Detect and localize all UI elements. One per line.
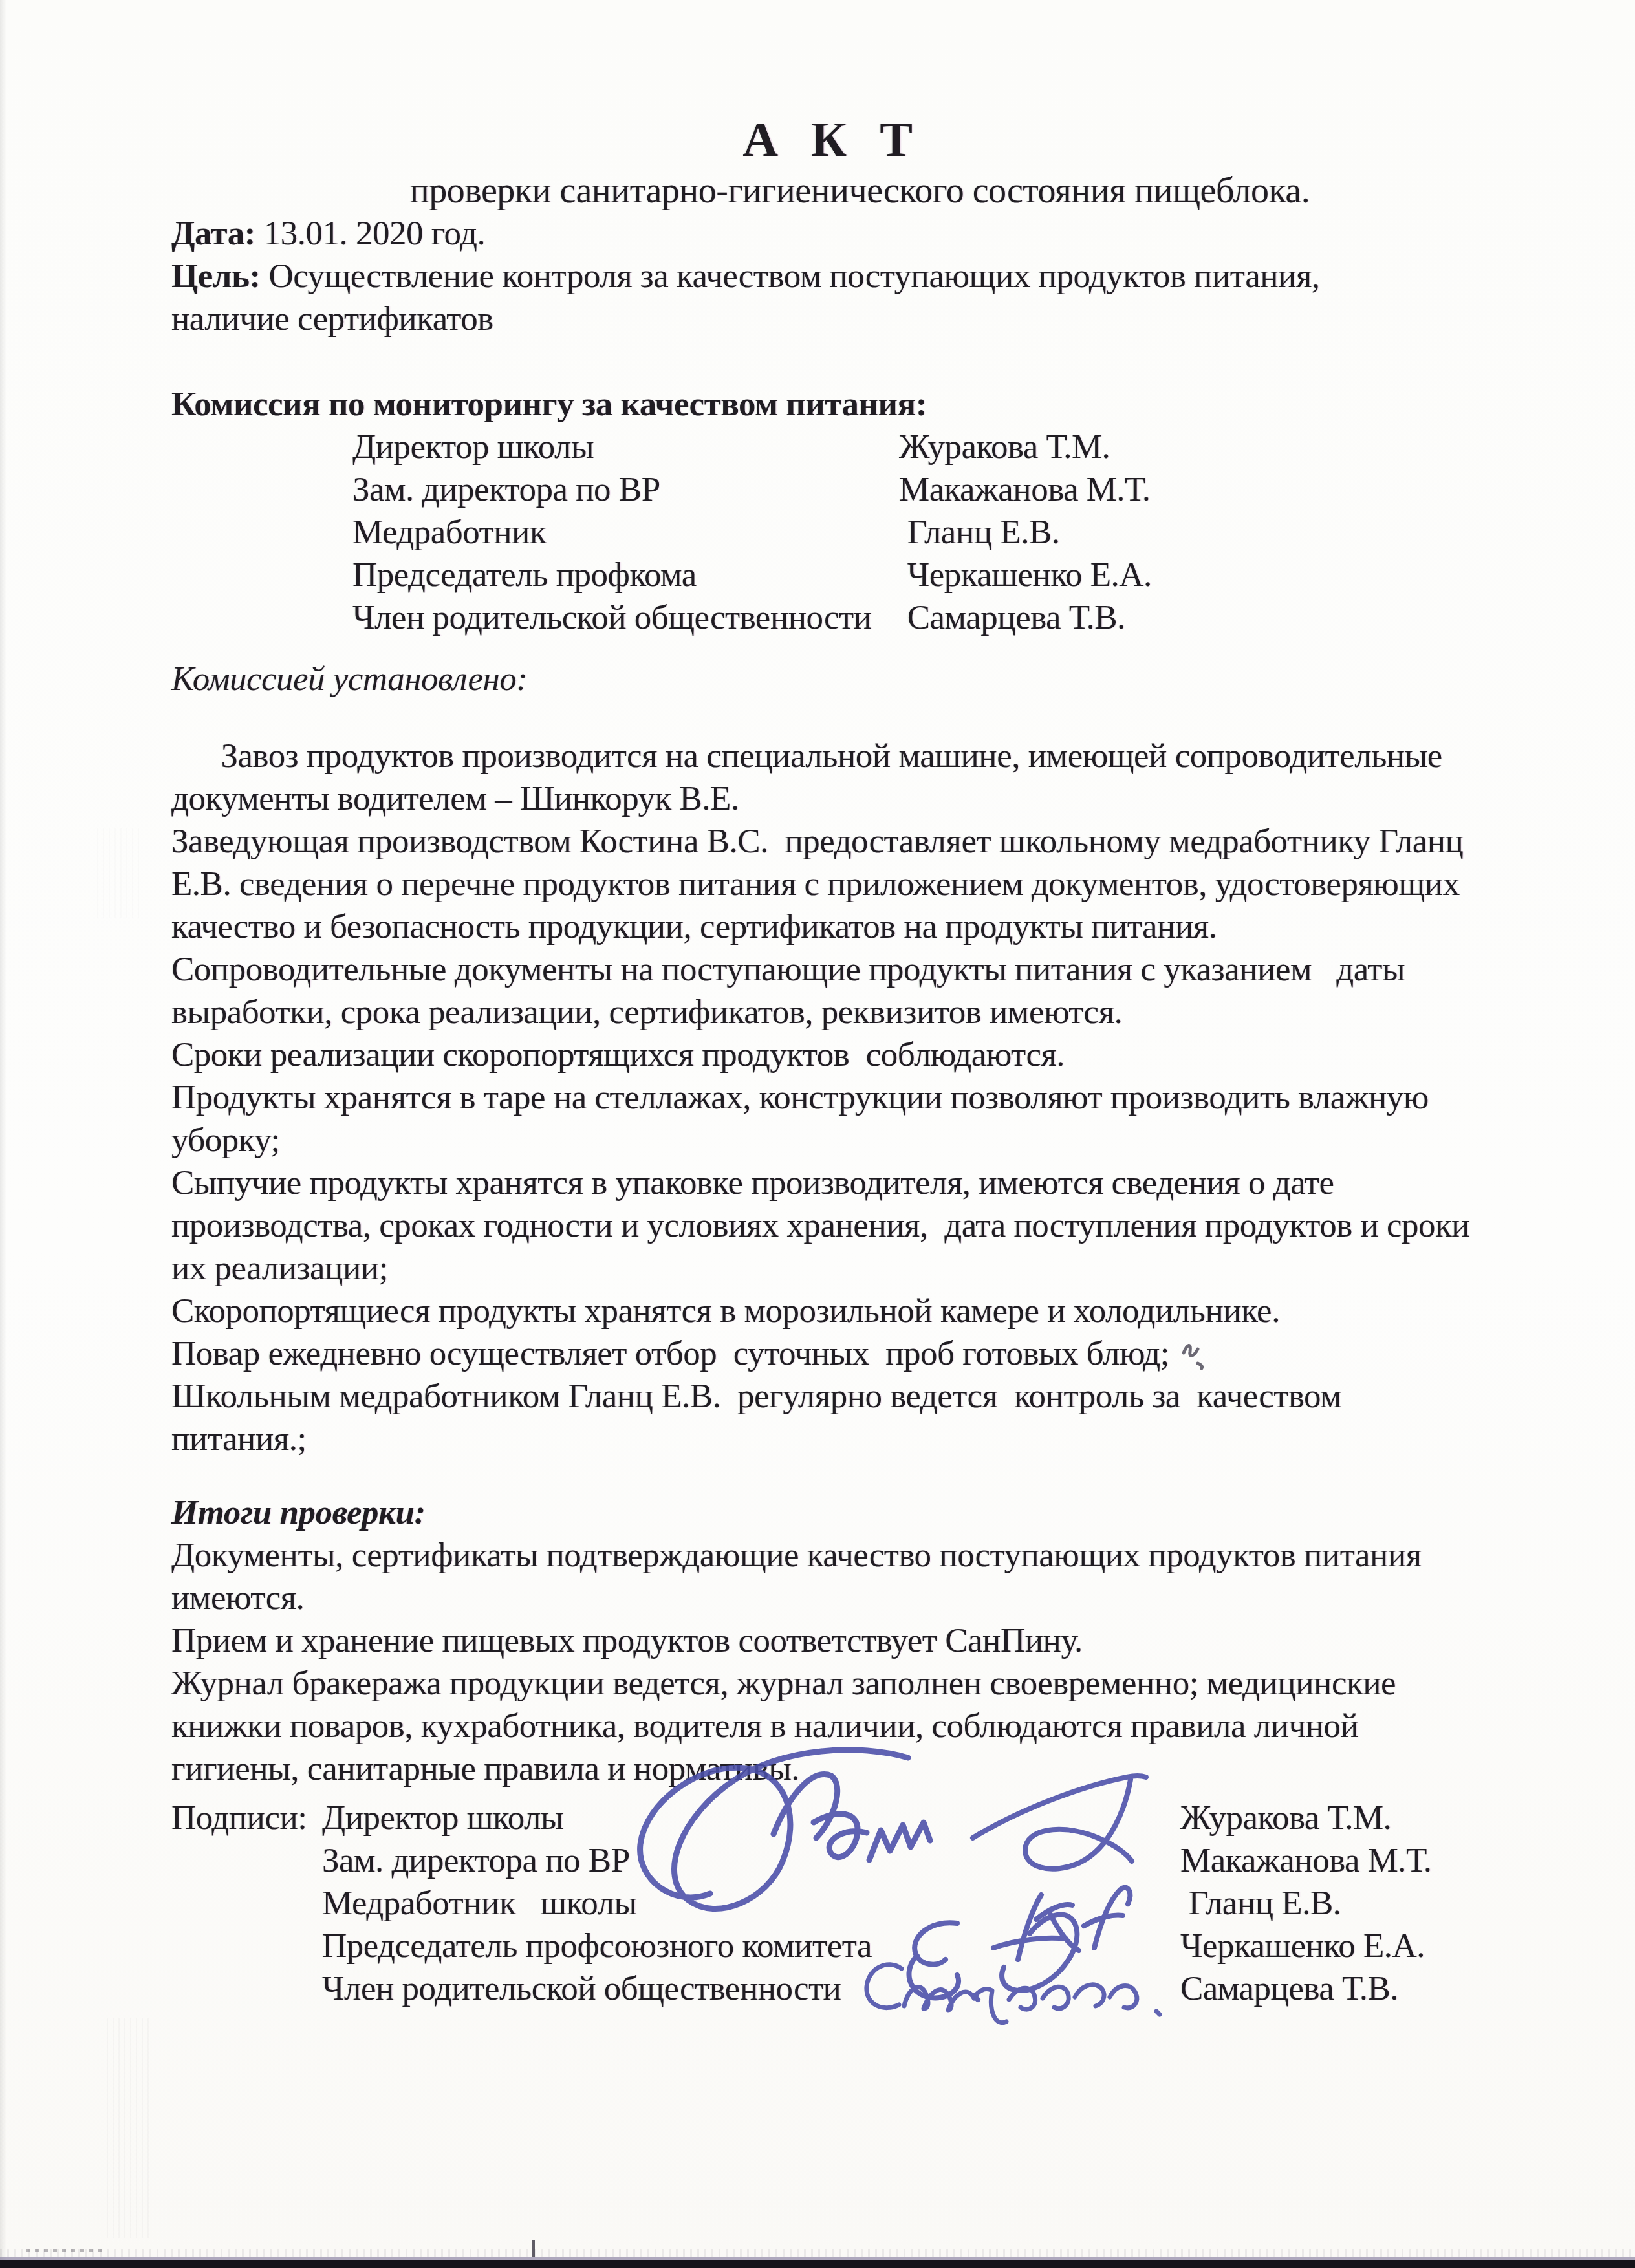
signature-role: Председатель профсоюзного комитета (322, 1925, 1180, 1967)
scan-streak (107, 2018, 152, 2238)
scan-streak (97, 828, 142, 918)
scan-edge-bottom (0, 2260, 1635, 2268)
commission-row: Директор школыЖуракова Т.М. (171, 426, 1494, 468)
signature-name: Гланц Е.В. (1180, 1882, 1341, 1925)
signature-row: Зам. директора по ВРМакажанова М.Т. (171, 1839, 1494, 1882)
finding-line: документы водителем – Шинкорук В.Е. (171, 777, 1494, 820)
signature-name: Журакова Т.М. (1180, 1797, 1391, 1839)
finding-line: выработки, срока реализации, сертификато… (171, 991, 1494, 1033)
signature-row: Член родительской общественностиСамарцев… (171, 1967, 1494, 2010)
signature-name: Самарцева Т.В. (1180, 1967, 1398, 2010)
scan-edge-noise (0, 2249, 1635, 2257)
signatures-label-spacer (171, 1967, 322, 2010)
finding-line: уборку; (171, 1119, 1494, 1161)
commission-role: Медработник (352, 511, 899, 554)
signatures-label: Подписи: (171, 1797, 322, 1839)
finding-line: Сопроводительные документы на поступающи… (171, 948, 1494, 991)
results-line: книжки поваров, кухработника, водителя в… (171, 1705, 1494, 1747)
date-line: Дата: 13.01. 2020 год. (171, 212, 1494, 255)
signature-row: Медработник школы Гланц Е.В. (171, 1882, 1494, 1925)
date-label: Дата: (171, 215, 255, 252)
commission-row: Медработник Гланц Е.В. (171, 511, 1494, 554)
goal-line: Цель: Осуществление контроля за качество… (171, 255, 1494, 297)
finding-line: производства, сроках годности и условиях… (171, 1204, 1494, 1247)
goal-label: Цель: (171, 257, 261, 295)
commission-row: Член родительской общественности Самарце… (171, 596, 1494, 639)
finding-line: Сроки реализации скоропортящихся продукт… (171, 1033, 1494, 1076)
commission-row: Зам. директора по ВРМакажанова М.Т. (171, 468, 1494, 511)
results-heading: Итоги проверки: (171, 1491, 1494, 1534)
commission-role: Член родительской общественности (352, 596, 899, 639)
results-line: Прием и хранение пищевых продуктов соотв… (171, 1619, 1494, 1662)
signatures-label-spacer (171, 1882, 322, 1925)
signature-name: Черкашенко Е.А. (1180, 1925, 1425, 1967)
commission-role: Председатель профкома (352, 554, 899, 596)
commission-heading: Комиссия по мониторингу за качеством пит… (171, 383, 1494, 426)
goal-value: Осуществление контроля за качеством пост… (261, 257, 1320, 295)
commission-role: Зам. директора по ВР (352, 468, 899, 511)
results-line: Документы, сертификаты подтверждающие ка… (171, 1534, 1494, 1577)
finding-line: Заведующая производством Костина В.С. пр… (171, 820, 1494, 863)
finding-line: Школьным медработником Гланц Е.В. регуля… (171, 1375, 1494, 1418)
commission-role: Директор школы (352, 426, 899, 468)
signature-name: Макажанова М.Т. (1180, 1839, 1431, 1882)
finding-line: питания.; (171, 1418, 1494, 1460)
document-title: А К Т (171, 110, 1494, 169)
finding-line: Е.В. сведения о перечне продуктов питани… (171, 863, 1494, 905)
commission-name: Черкашенко Е.А. (899, 554, 1152, 596)
findings-heading: Комиссией установлено: (171, 658, 1494, 700)
results-line: имеются. (171, 1577, 1494, 1619)
signature-role: Директор школы (322, 1797, 1180, 1839)
signature-row: Председатель профсоюзного комитетаЧеркаш… (171, 1925, 1494, 1967)
finding-line: качество и безопасность продукции, серти… (171, 905, 1494, 948)
goal-line-2: наличие сертификатов (171, 297, 1494, 340)
finding-line: Сыпучие продукты хранятся в упаковке про… (171, 1161, 1494, 1204)
signature-role: Зам. директора по ВР (322, 1839, 1180, 1882)
signature-role: Медработник школы (322, 1882, 1180, 1925)
finding-line: их реализации; (171, 1247, 1494, 1290)
date-value: 13.01. 2020 год. (255, 215, 485, 252)
commission-row: Председатель профкома Черкашенко Е.А. (171, 554, 1494, 596)
finding-line: Завоз продуктов производится на специаль… (171, 735, 1494, 777)
finding-line: Продукты хранятся в таре на стеллажах, к… (171, 1076, 1494, 1119)
document-content: А К Т проверки санитарно-гигиенического … (171, 97, 1494, 2010)
commission-name: Самарцева Т.В. (899, 596, 1125, 639)
finding-line: Повар ежедневно осуществляет отбор суточ… (171, 1332, 1494, 1375)
document-subtitle: проверки санитарно-гигиенического состоя… (199, 169, 1521, 212)
commission-name: Гланц Е.В. (899, 511, 1060, 554)
signature-row: Подписи:Директор школыЖуракова Т.М. (171, 1797, 1494, 1839)
signatures-label-spacer (171, 1925, 322, 1967)
scan-left-edge-shadow (0, 0, 6, 2268)
results-line: Журнал бракеража продукции ведется, журн… (171, 1662, 1494, 1705)
commission-name: Журакова Т.М. (899, 426, 1110, 468)
scanned-document-page: А К Т проверки санитарно-гигиенического … (0, 0, 1635, 2268)
commission-name: Макажанова М.Т. (899, 468, 1150, 511)
signatures-label-spacer (171, 1839, 322, 1882)
finding-line: Скоропортящиеся продукты хранятся в моро… (171, 1290, 1494, 1332)
signature-role: Член родительской общественности (322, 1967, 1180, 2010)
results-line: гигиены, санитарные правила и нормативы. (171, 1747, 1494, 1790)
